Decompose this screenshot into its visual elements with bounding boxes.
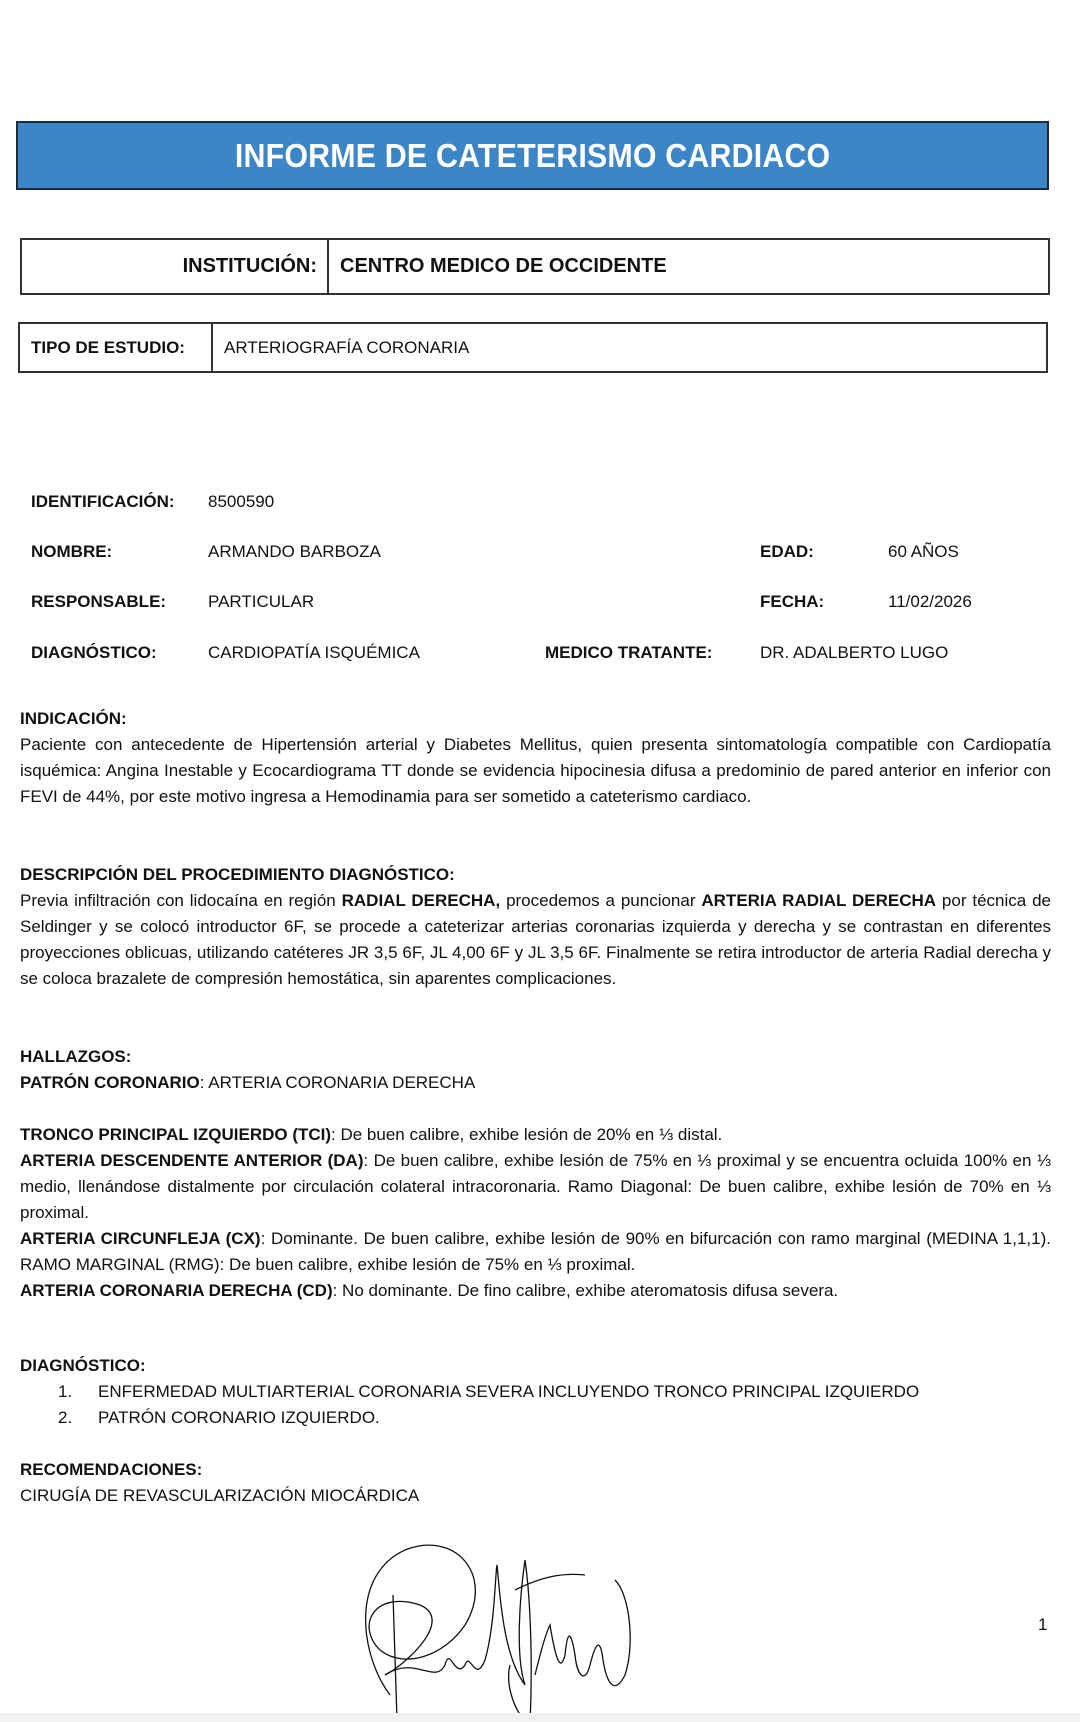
- page-bottom-edge: [0, 1713, 1080, 1722]
- report-title: INFORME DE CATETERISMO CARDIACO: [235, 137, 830, 175]
- indication-section: INDICACIÓN: Paciente con antecedente de …: [20, 706, 1051, 810]
- findings-heading: HALLAZGOS:: [20, 1044, 1051, 1070]
- diagnosis-item: 2.PATRÓN CORONARIO IZQUIERDO.: [20, 1405, 1051, 1431]
- finding-item: ARTERIA CORONARIA DERECHA (CD): No domin…: [20, 1278, 1051, 1304]
- recommendations-section: RECOMENDACIONES: CIRUGÍA DE REVASCULARIZ…: [20, 1457, 1051, 1509]
- indication-text: Paciente con antecedente de Hipertensión…: [20, 732, 1051, 810]
- indication-heading: INDICACIÓN:: [20, 706, 1051, 732]
- recommendations-heading: RECOMENDACIONES:: [20, 1457, 1051, 1483]
- name-value: ARMANDO BARBOZA: [208, 542, 381, 562]
- diagnosis-item: 1.ENFERMEDAD MULTIARTERIAL CORONARIA SEV…: [20, 1379, 1051, 1405]
- finding-item: ARTERIA CIRCUNFLEJA (CX): Dominante. De …: [20, 1226, 1051, 1278]
- diagnosis-list: 1.ENFERMEDAD MULTIARTERIAL CORONARIA SEV…: [20, 1379, 1051, 1431]
- responsible-label: RESPONSABLE:: [31, 592, 166, 612]
- study-type-box: TIPO DE ESTUDIO: ARTERIOGRAFÍA CORONARIA: [18, 322, 1048, 373]
- procedure-text-part: Previa infiltración con lidocaína en reg…: [20, 891, 342, 910]
- finding-item: ARTERIA DESCENDENTE ANTERIOR (DA): De bu…: [20, 1148, 1051, 1226]
- finding-text: : No dominante. De fino calibre, exhibe …: [333, 1281, 839, 1300]
- finding-text: : De buen calibre, exhibe lesión de 20% …: [331, 1125, 722, 1144]
- page-number: 1: [1038, 1615, 1047, 1635]
- procedure-heading: DESCRIPCIÓN DEL PROCEDIMIENTO DIAGNÓSTIC…: [20, 862, 1051, 888]
- procedure-bold-radial: RADIAL DERECHA,: [342, 891, 501, 910]
- study-type-value: ARTERIOGRAFÍA CORONARIA: [213, 324, 469, 371]
- coronary-pattern-label: PATRÓN CORONARIO: [20, 1073, 200, 1092]
- institution-label: INSTITUCIÓN:: [22, 240, 329, 293]
- doctor-value: DR. ADALBERTO LUGO: [760, 643, 948, 663]
- diagnosis-section: DIAGNÓSTICO: 1.ENFERMEDAD MULTIARTERIAL …: [20, 1353, 1051, 1431]
- coronary-pattern: PATRÓN CORONARIO: ARTERIA CORONARIA DERE…: [20, 1070, 1051, 1096]
- institution-box: INSTITUCIÓN: CENTRO MEDICO DE OCCIDENTE: [20, 238, 1050, 295]
- finding-label: ARTERIA DESCENDENTE ANTERIOR (DA): [20, 1151, 364, 1170]
- study-type-label: TIPO DE ESTUDIO:: [20, 324, 213, 371]
- date-label: FECHA:: [760, 592, 824, 612]
- procedure-section: DESCRIPCIÓN DEL PROCEDIMIENTO DIAGNÓSTIC…: [20, 862, 1051, 992]
- age-label: EDAD:: [760, 542, 814, 562]
- name-label: NOMBRE:: [31, 542, 112, 562]
- diagnosis-item-number: 2.: [20, 1405, 98, 1431]
- age-value: 60 AÑOS: [888, 542, 959, 562]
- finding-item: TRONCO PRINCIPAL IZQUIERDO (TCI): De bue…: [20, 1122, 1051, 1148]
- diagnosis-item-text: ENFERMEDAD MULTIARTERIAL CORONARIA SEVER…: [98, 1379, 919, 1405]
- id-value: 8500590: [208, 492, 274, 512]
- coronary-pattern-value: : ARTERIA CORONARIA DERECHA: [200, 1073, 476, 1092]
- institution-value: CENTRO MEDICO DE OCCIDENTE: [329, 240, 667, 293]
- id-label: IDENTIFICACIÓN:: [31, 492, 175, 512]
- doctor-label: MEDICO TRATANTE:: [545, 643, 712, 663]
- procedure-text: Previa infiltración con lidocaína en reg…: [20, 888, 1051, 992]
- procedure-text-part: procedemos a puncionar: [500, 891, 701, 910]
- finding-label: ARTERIA CIRCUNFLEJA (CX): [20, 1229, 261, 1248]
- report-title-bar: INFORME DE CATETERISMO CARDIACO: [16, 121, 1049, 190]
- findings-section: HALLAZGOS: PATRÓN CORONARIO: ARTERIA COR…: [20, 1044, 1051, 1304]
- recommendations-text: CIRUGÍA DE REVASCULARIZACIÓN MIOCÁRDICA: [20, 1483, 1051, 1509]
- diagnosis-heading: DIAGNÓSTICO:: [20, 1353, 1051, 1379]
- diagnosis-value: CARDIOPATÍA ISQUÉMICA: [208, 643, 420, 663]
- procedure-bold-artery: ARTERIA RADIAL DERECHA: [701, 891, 936, 910]
- diagnosis-label: DIAGNÓSTICO:: [31, 643, 157, 663]
- responsible-value: PARTICULAR: [208, 592, 314, 612]
- finding-label: TRONCO PRINCIPAL IZQUIERDO (TCI): [20, 1125, 331, 1144]
- signature-icon: [345, 1535, 695, 1722]
- finding-label: ARTERIA CORONARIA DERECHA (CD): [20, 1281, 333, 1300]
- diagnosis-item-text: PATRÓN CORONARIO IZQUIERDO.: [98, 1405, 380, 1431]
- date-value: 11/02/2026: [888, 592, 972, 612]
- diagnosis-item-number: 1.: [20, 1379, 98, 1405]
